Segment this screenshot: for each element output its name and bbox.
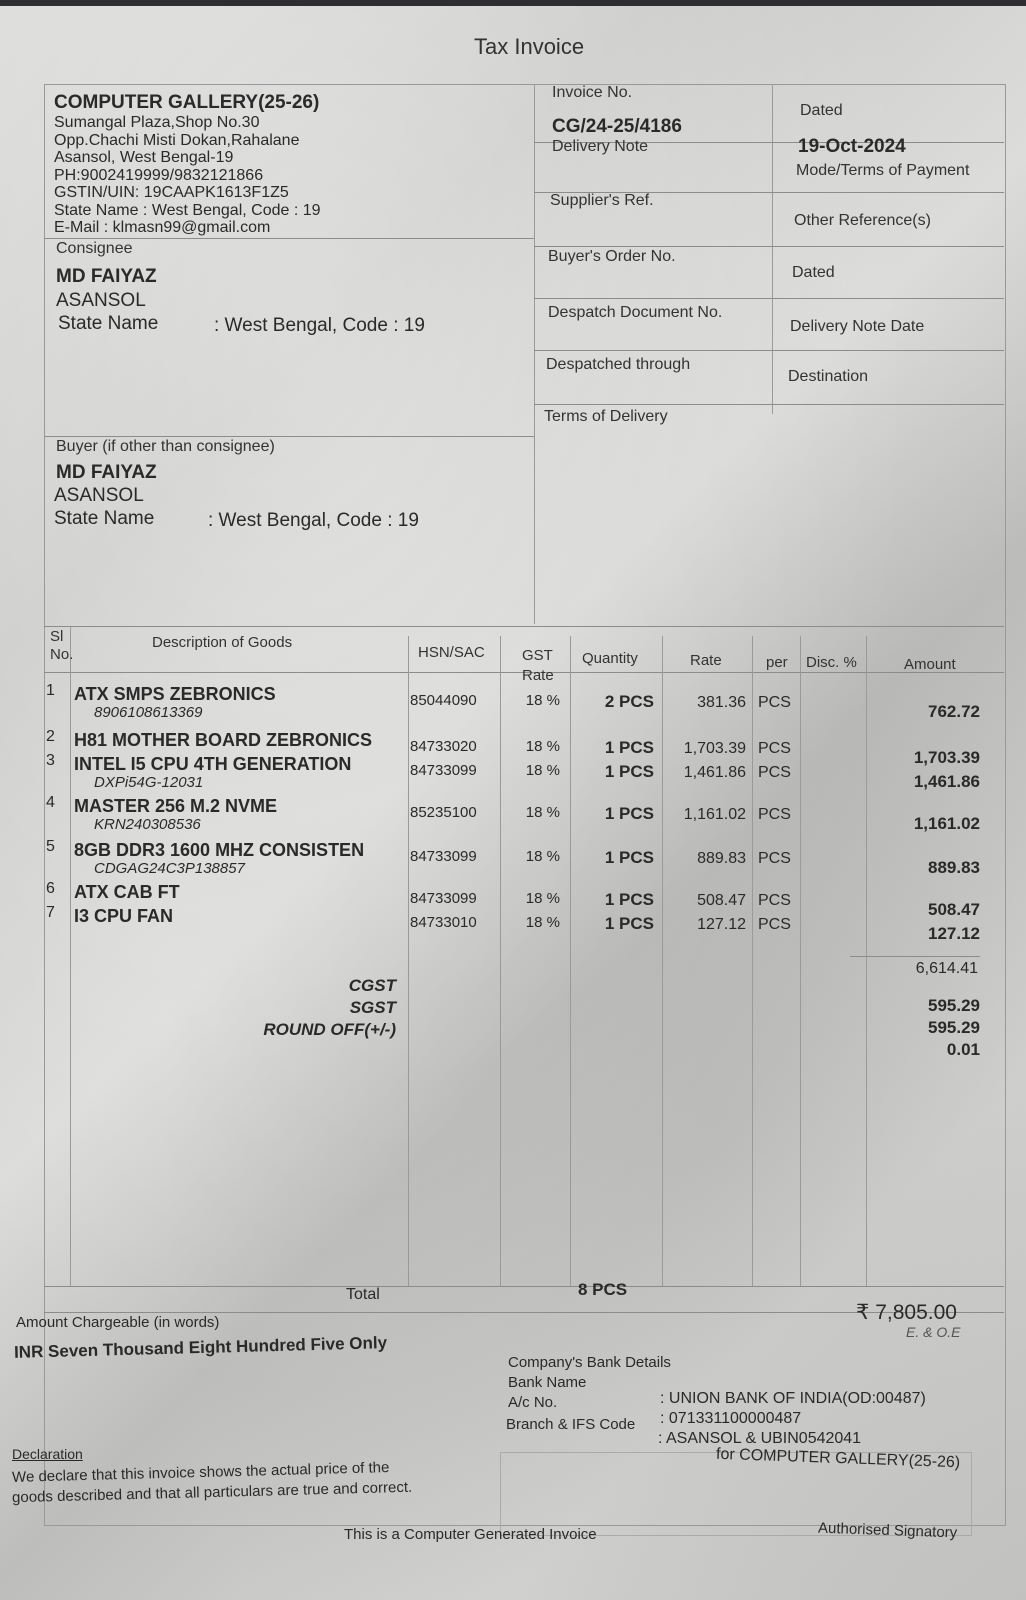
- row-sl: 3: [46, 752, 55, 770]
- col-header-per: per: [766, 654, 788, 671]
- other-ref-label: Other Reference(s): [794, 212, 931, 230]
- row-quantity: 1 PCS: [574, 848, 654, 868]
- row-quantity: 1 PCS: [574, 914, 654, 934]
- total-label: Total: [346, 1286, 380, 1304]
- branch-ifsc-value: : ASANSOL & UBIN0542041: [658, 1430, 861, 1448]
- tax-label: ROUND OFF(+/-): [200, 1020, 396, 1040]
- divider: [534, 246, 1004, 247]
- divider: [44, 626, 1004, 627]
- row-per: PCS: [758, 740, 791, 758]
- row-sl: 1: [46, 682, 55, 700]
- seller-address-line: Opp.Chachi Misti Dokan,Rahalane: [54, 132, 321, 150]
- authorised-signatory: Authorised Signatory: [818, 1520, 958, 1542]
- row-sl: 4: [46, 794, 55, 812]
- consignee-state-label: State Name: [58, 313, 158, 335]
- divider: [570, 636, 571, 1286]
- buyer-label: Buyer (if other than consignee): [56, 438, 275, 456]
- row-description: ATX SMPS ZEBRONICS: [74, 684, 276, 705]
- col-header-hsn: HSN/SAC: [418, 644, 485, 661]
- eoe-note: E. & O.E: [906, 1324, 960, 1340]
- seller-name: COMPUTER GALLERY(25-26): [54, 92, 321, 114]
- row-description: 8GB DDR3 1600 MHZ CONSISTEN: [74, 840, 364, 861]
- row-per: PCS: [758, 916, 791, 934]
- seller-address: Sumangal Plaza,Shop No.30Opp.Chachi Mist…: [54, 114, 321, 237]
- bank-heading: Company's Bank Details: [508, 1354, 671, 1371]
- seller-address-line: Sumangal Plaza,Shop No.30: [54, 114, 321, 132]
- order-dated-label: Dated: [792, 264, 835, 282]
- row-quantity: 1 PCS: [574, 762, 654, 782]
- divider: [500, 636, 501, 1286]
- destination-label: Destination: [788, 368, 868, 386]
- consignee-city: ASANSOL: [56, 290, 146, 312]
- delivery-note-label: Delivery Note: [552, 138, 648, 156]
- row-hsn: 84733020: [410, 738, 477, 755]
- divider: [44, 1286, 1004, 1287]
- row-rate: 508.47: [664, 892, 746, 910]
- row-rate: 381.36: [664, 694, 746, 712]
- tax-label: SGST: [300, 998, 396, 1018]
- row-quantity: 2 PCS: [574, 692, 654, 712]
- divider: [534, 404, 1004, 405]
- seller-address-line: Asansol, West Bengal-19: [54, 149, 321, 167]
- row-hsn: 84733099: [410, 890, 477, 907]
- row-serial: KRN240308536: [94, 816, 201, 833]
- divider: [534, 298, 1004, 299]
- delivery-note-date-label: Delivery Note Date: [790, 318, 924, 336]
- row-quantity: 1 PCS: [574, 804, 654, 824]
- suppliers-ref-label: Supplier's Ref.: [550, 192, 654, 210]
- tax-label: CGST: [300, 976, 396, 996]
- despatched-through-label: Despatched through: [546, 356, 690, 374]
- divider: [534, 84, 535, 624]
- account-no-value: : 071331100000487: [660, 1410, 801, 1428]
- seller-address-line: PH:9002419999/9832121866: [54, 167, 321, 185]
- seller-address-line: GSTIN/UIN: 19CAAPK1613F1Z5: [54, 184, 321, 202]
- row-quantity: 1 PCS: [574, 890, 654, 910]
- row-rate: 127.12: [664, 916, 746, 934]
- total-amount: ₹ 7,805.00: [856, 1300, 957, 1325]
- mode-terms-label: Mode/Terms of Payment: [796, 162, 969, 180]
- row-gst-rate: 18 %: [512, 738, 560, 755]
- buyer-state-value: : West Bengal, Code : 19: [208, 510, 419, 532]
- divider: [662, 636, 663, 1286]
- col-header-desc: Description of Goods: [152, 634, 292, 651]
- divider: [866, 636, 867, 1286]
- col-header-disc: Disc. %: [806, 654, 857, 671]
- consignee-state-value: : West Bengal, Code : 19: [214, 315, 425, 337]
- row-hsn: 84733099: [410, 848, 477, 865]
- divider: [772, 84, 773, 414]
- invoice-paper: Tax Invoice COMPUTER GALLERY(25-26) Suma…: [0, 6, 1026, 1600]
- col-header-gst: GST Rate: [522, 646, 562, 686]
- row-description: MASTER 256 M.2 NVME: [74, 796, 277, 817]
- row-per: PCS: [758, 764, 791, 782]
- dated-value: 19-Oct-2024: [798, 136, 906, 158]
- invoice-no-value: CG/24-25/4186: [552, 116, 682, 138]
- seller-block: COMPUTER GALLERY(25-26) Sumangal Plaza,S…: [54, 92, 321, 237]
- footer-note: This is a Computer Generated Invoice: [344, 1526, 597, 1543]
- row-per: PCS: [758, 892, 791, 910]
- divider: [800, 636, 801, 1286]
- row-hsn: 84733010: [410, 914, 477, 931]
- row-rate: 889.83: [664, 850, 746, 868]
- seller-address-line: E-Mail : klmasn99@gmail.com: [54, 219, 321, 237]
- row-gst-rate: 18 %: [512, 848, 560, 865]
- despatch-doc-label: Despatch Document No.: [548, 304, 722, 322]
- bank-name-value: : UNION BANK OF INDIA(OD:00487): [660, 1390, 926, 1408]
- row-per: PCS: [758, 850, 791, 868]
- terms-delivery-label: Terms of Delivery: [544, 408, 668, 426]
- declaration-label: Declaration: [12, 1446, 83, 1462]
- row-amount: 762.72: [880, 702, 980, 722]
- row-gst-rate: 18 %: [512, 762, 560, 779]
- row-serial: 8906108613369: [94, 704, 202, 721]
- row-amount: 1,703.39: [880, 748, 980, 768]
- row-sl: 5: [46, 838, 55, 856]
- row-amount: 127.12: [880, 924, 980, 944]
- row-gst-rate: 18 %: [512, 890, 560, 907]
- consignee-label: Consignee: [56, 240, 133, 258]
- row-description: I3 CPU FAN: [74, 906, 173, 927]
- row-rate: 1,161.02: [664, 806, 746, 824]
- seller-address-line: State Name : West Bengal, Code : 19: [54, 202, 321, 220]
- divider: [70, 626, 71, 1286]
- buyer-city: ASANSOL: [54, 485, 144, 507]
- consignee-name: MD FAIYAZ: [56, 266, 157, 288]
- col-header-rate: Rate: [690, 652, 722, 669]
- buyer-state-label: State Name: [54, 508, 154, 530]
- tax-amount: 595.29: [880, 996, 980, 1016]
- row-hsn: 84733099: [410, 762, 477, 779]
- divider: [44, 238, 534, 239]
- buyers-order-label: Buyer's Order No.: [548, 248, 676, 266]
- subtotal-amount: 6,614.41: [880, 960, 978, 978]
- bank-name-label: Bank Name: [508, 1374, 586, 1391]
- row-per: PCS: [758, 694, 791, 712]
- row-serial: CDGAG24C3P138857: [94, 860, 245, 877]
- row-amount: 1,461.86: [880, 772, 980, 792]
- row-gst-rate: 18 %: [512, 914, 560, 931]
- row-amount: 889.83: [880, 858, 980, 878]
- row-sl: 2: [46, 728, 55, 746]
- row-hsn: 85235100: [410, 804, 477, 821]
- row-rate: 1,703.39: [664, 740, 746, 758]
- total-quantity: 8 PCS: [578, 1280, 627, 1300]
- row-description: H81 MOTHER BOARD ZEBRONICS: [74, 730, 372, 751]
- row-amount: 508.47: [880, 900, 980, 920]
- account-no-label: A/c No.: [508, 1394, 557, 1411]
- col-header-qty: Quantity: [582, 650, 638, 667]
- buyer-name: MD FAIYAZ: [56, 462, 157, 484]
- row-quantity: 1 PCS: [574, 738, 654, 758]
- divider: [752, 636, 753, 1286]
- row-per: PCS: [758, 806, 791, 824]
- row-gst-rate: 18 %: [512, 804, 560, 821]
- amount-words-label: Amount Chargeable (in words): [16, 1314, 219, 1331]
- row-gst-rate: 18 %: [512, 692, 560, 709]
- tax-amount: 0.01: [880, 1040, 980, 1060]
- subtotal-rule: [850, 956, 980, 957]
- divider: [44, 436, 534, 437]
- invoice-no-label: Invoice No.: [552, 84, 632, 102]
- divider: [534, 350, 1004, 351]
- row-rate: 1,461.86: [664, 764, 746, 782]
- branch-ifsc-label: Branch & IFS Code: [506, 1416, 635, 1433]
- row-description: INTEL I5 CPU 4TH GENERATION: [74, 754, 351, 775]
- row-sl: 6: [46, 880, 55, 898]
- col-header-amount: Amount: [904, 656, 956, 673]
- divider: [408, 636, 409, 1286]
- col-header-sl: Sl No.: [50, 628, 70, 664]
- row-serial: DXPi54G-12031: [94, 774, 203, 791]
- document-title: Tax Invoice: [474, 34, 584, 60]
- row-hsn: 85044090: [410, 692, 477, 709]
- row-amount: 1,161.02: [880, 814, 980, 834]
- dated-label: Dated: [800, 102, 843, 120]
- tax-amount: 595.29: [880, 1018, 980, 1038]
- row-sl: 7: [46, 904, 55, 922]
- row-description: ATX CAB FT: [74, 882, 180, 903]
